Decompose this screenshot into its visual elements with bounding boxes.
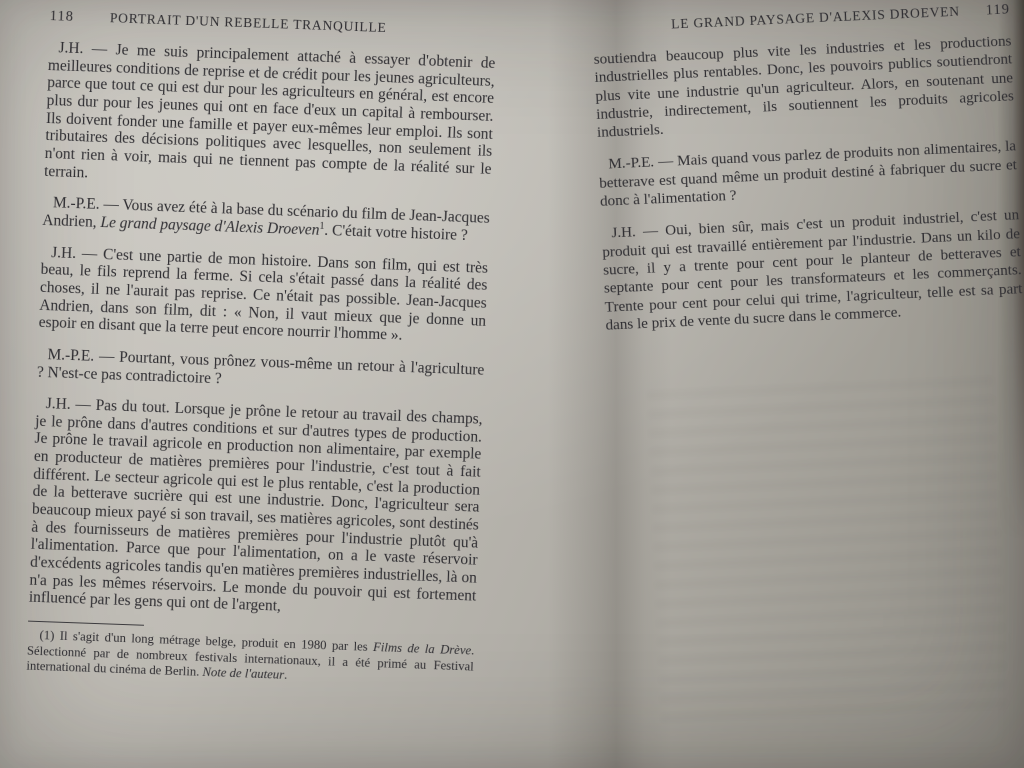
right-page-number: 119 bbox=[985, 1, 1010, 19]
left-page: 118 PORTRAIT D'UN REBELLE TRANQUILLE J.H… bbox=[26, 8, 497, 690]
left-page-number: 118 bbox=[49, 8, 74, 26]
paragraph: J.H. — Pas du tout. Lorsque je prône le … bbox=[29, 395, 483, 623]
paragraph: J.H. — Oui, bien sûr, mais c'est un prod… bbox=[601, 207, 1023, 335]
paragraph: soutiendra beaucoup plus vite les indust… bbox=[593, 32, 1015, 142]
right-page-text: soutiendra beaucoup plus vite les indust… bbox=[593, 32, 1023, 334]
left-page-text: J.H. — Je me suis principalement attaché… bbox=[29, 39, 496, 623]
paragraph: J.H. — Je me suis principalement attaché… bbox=[44, 39, 496, 196]
paragraph: M.-P.E. — Mais quand vous parlez de prod… bbox=[598, 138, 1018, 211]
right-page: LE GRAND PAYSAGE D'ALEXIS DROEVEN 119 so… bbox=[592, 1, 1024, 348]
page-showthrough bbox=[648, 378, 1007, 727]
footnote-rule bbox=[28, 621, 144, 626]
paragraph: M.-P.E. — Vous avez été à la base du scé… bbox=[42, 194, 490, 245]
paragraph: M.-P.E. — Pourtant, vous prônez vous-mêm… bbox=[37, 346, 485, 397]
paragraph: J.H. — C'est une partie de mon histoire.… bbox=[38, 243, 488, 347]
